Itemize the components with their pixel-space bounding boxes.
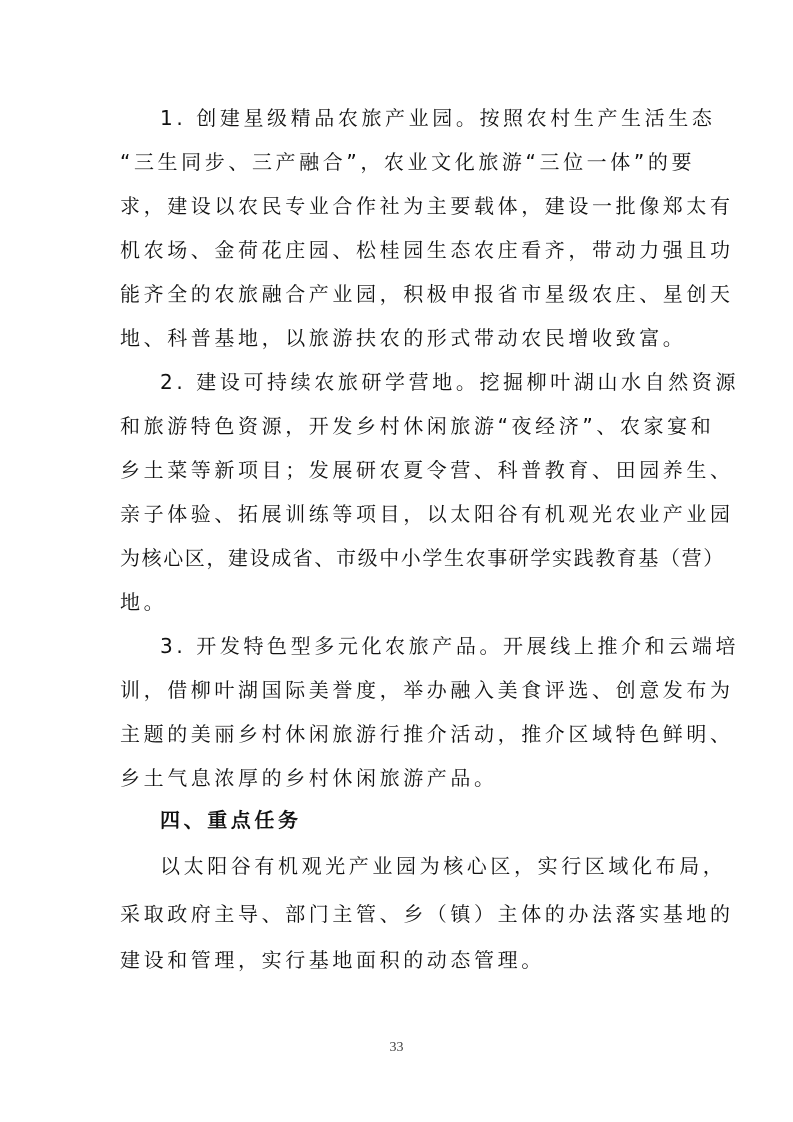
paragraph-1-line-5: 能齐全的农旅融合产业园，积极申报省市星级农庄、星创天 [120, 281, 680, 307]
paragraph-3-line-2: 训，借柳叶湖国际美誉度，举办融入美食评选、创意发布为 [120, 677, 680, 703]
paragraph-2-line-4: 亲子体验、拓展训练等项目，以太阳谷有机观光农业产业园 [120, 501, 680, 527]
paragraph-3-line-1: 3. 开发特色型多元化农旅产品。开展线上推介和云端培 [160, 633, 680, 659]
document-page: 1. 创建星级精品农旅产业园。按照农村生产生活生态 “三生同步、三产融合”，农业… [0, 0, 793, 1122]
paragraph-1-line-2: “三生同步、三产融合”，农业文化旅游“三位一体”的要 [120, 149, 680, 175]
paragraph-1-line-1: 1. 创建星级精品农旅产业园。按照农村生产生活生态 [160, 105, 680, 131]
paragraph-2-line-5: 为核心区，建设成省、市级中小学生农事研学实践教育基（营） [120, 545, 680, 571]
paragraph-4-line-1: 以太阳谷有机观光产业园为核心区，实行区域化布局， [160, 853, 680, 879]
section-heading: 四、重点任务 [160, 807, 680, 833]
paragraph-1-line-4: 机农场、金荷花庄园、松桂园生态农庄看齐，带动力强且功 [120, 237, 680, 263]
paragraph-2-line-6: 地。 [120, 589, 680, 615]
paragraph-1-line-3: 求，建设以农民专业合作社为主要载体，建设一批像郑太有 [120, 193, 680, 219]
paragraph-4-line-2: 采取政府主导、部门主管、乡（镇）主体的办法落实基地的 [120, 901, 680, 927]
paragraph-2-line-2: 和旅游特色资源，开发乡村休闲旅游“夜经济”、农家宴和 [120, 413, 680, 439]
paragraph-2-line-3: 乡土菜等新项目；发展研农夏令营、科普教育、田园养生、 [120, 457, 680, 483]
paragraph-2-line-1: 2. 建设可持续农旅研学营地。挖掘柳叶湖山水自然资源 [160, 369, 680, 395]
page-number: 33 [0, 1040, 793, 1056]
paragraph-3-line-3: 主题的美丽乡村休闲旅游行推介活动，推介区域特色鲜明、 [120, 721, 680, 747]
paragraph-1-line-6: 地、科普基地，以旅游扶农的形式带动农民增收致富。 [120, 325, 680, 351]
paragraph-3-line-4: 乡土气息浓厚的乡村休闲旅游产品。 [120, 765, 680, 791]
paragraph-4-line-3: 建设和管理，实行基地面积的动态管理。 [120, 947, 680, 973]
